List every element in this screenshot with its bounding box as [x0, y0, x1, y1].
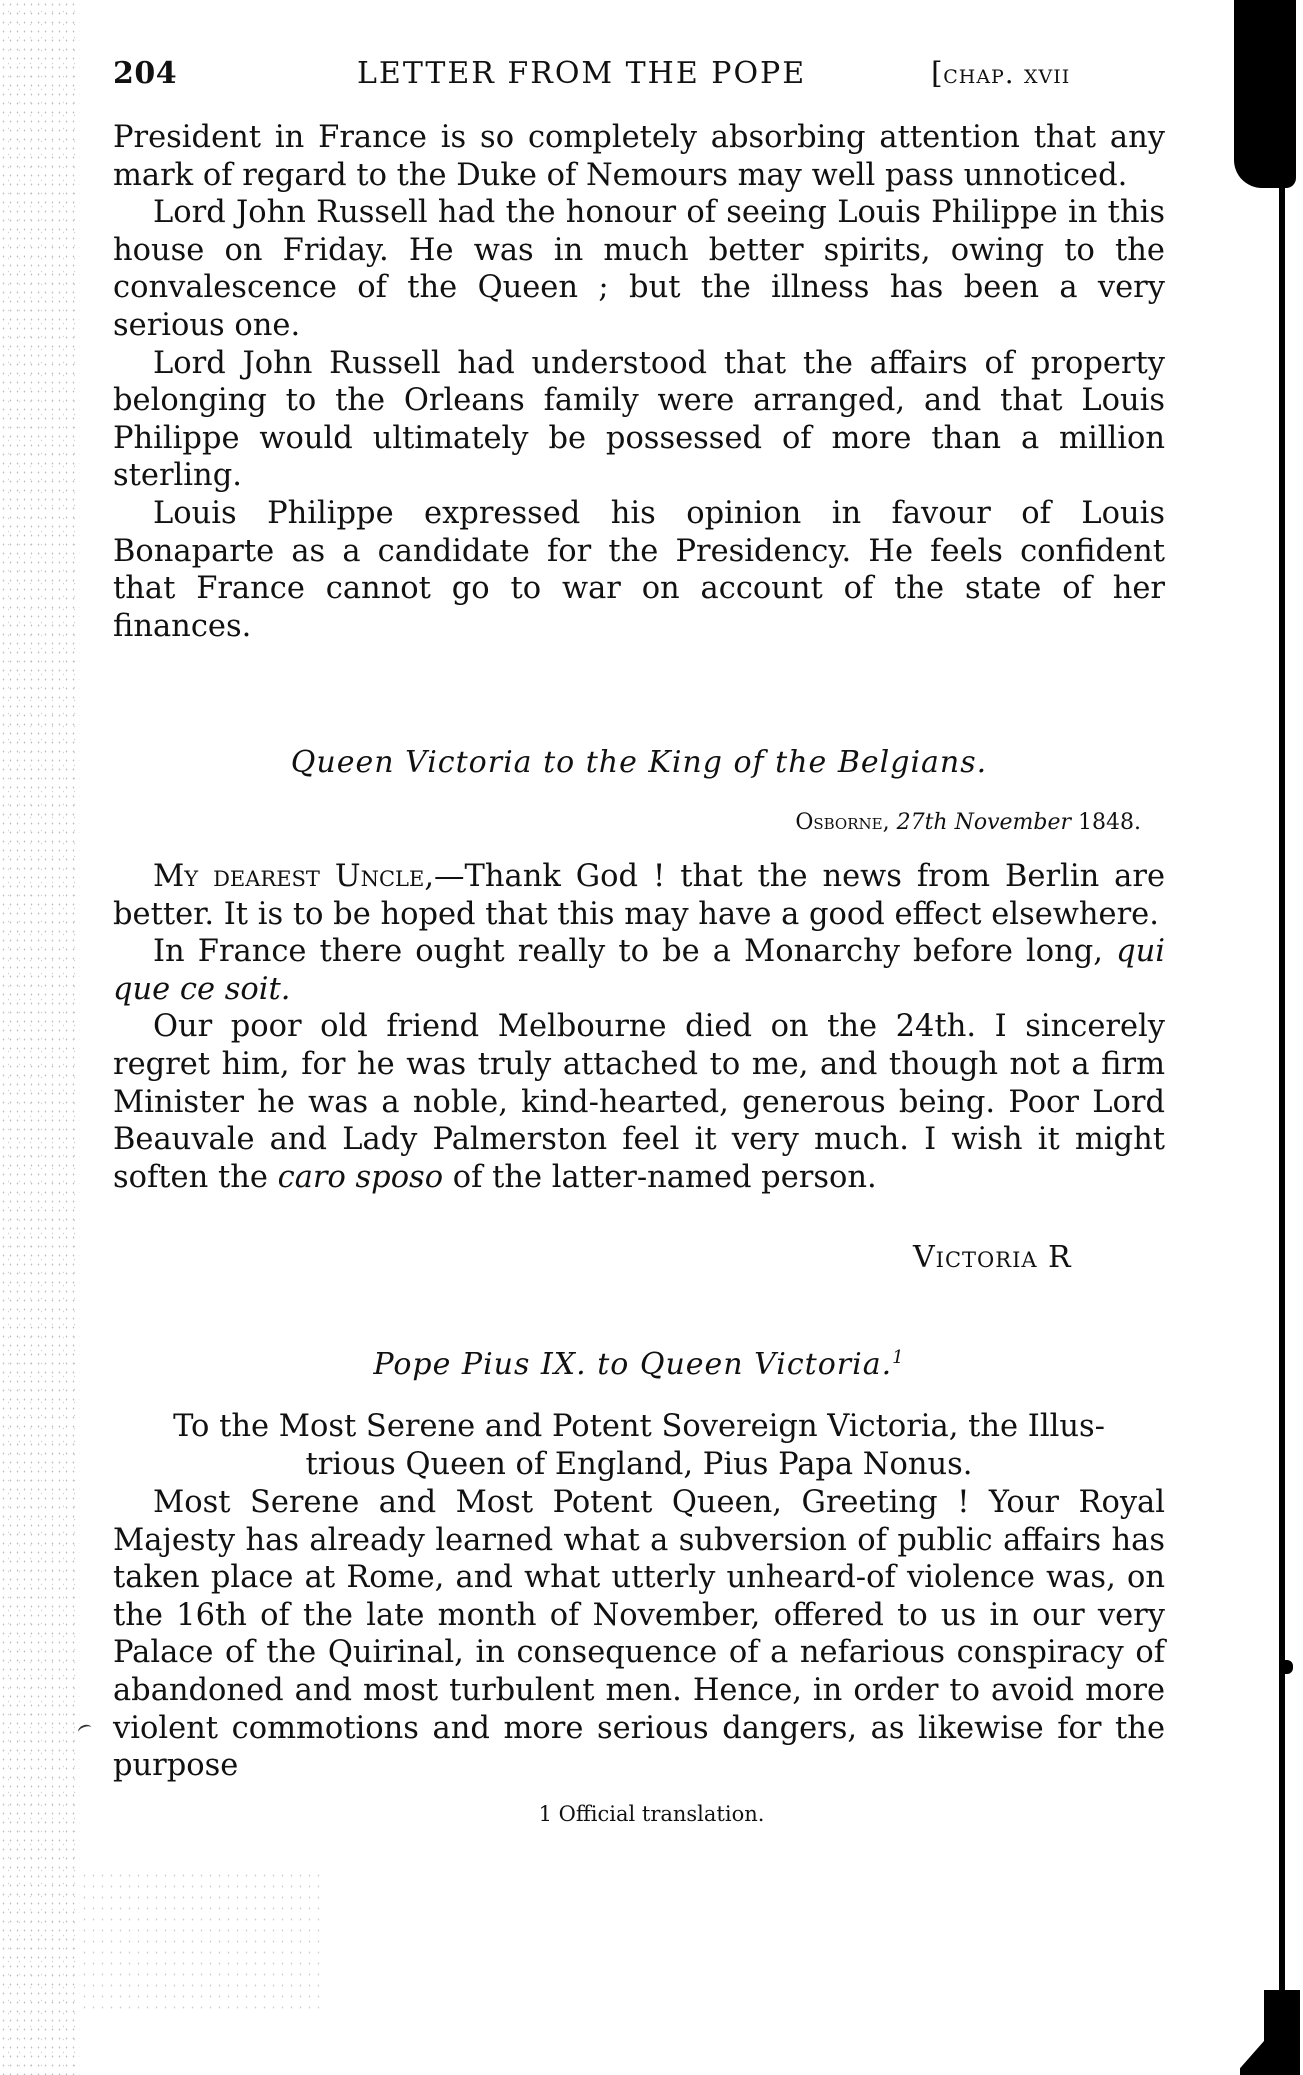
address-line: To the Most Serene and Potent Sovereign … — [113, 1408, 1165, 1446]
page-number: 204 — [113, 56, 177, 91]
heading-text: Pope Pius IX. to Queen Victoria. — [373, 1347, 892, 1382]
paragraph-salutation: My dearest Uncle,—Thank God ! that the n… — [113, 858, 1165, 933]
scan-binding-shadow-top — [1234, 0, 1296, 188]
paragraph: Our poor old friend Melbourne died on th… — [113, 1008, 1165, 1196]
scan-binding-shadow-bottom — [1240, 1990, 1300, 2075]
footnote-reference: 1 — [892, 1347, 904, 1368]
paragraph-text: In France there ought really to be a Mon… — [153, 934, 1103, 969]
letter-heading-pope-to-victoria: Pope Pius IX. to Queen Victoria.1 — [113, 1347, 1165, 1382]
opening-text: President in France is so completely abs… — [113, 119, 1165, 645]
paragraph: In France there ought really to be a Mon… — [113, 933, 1165, 1008]
paragraph: Louis Philippe expressed his opinion in … — [113, 495, 1165, 645]
address-line: trious Queen of England, Pius Papa Nonus… — [113, 1446, 1165, 1484]
letter2-address: To the Most Serene and Potent Sovereign … — [113, 1408, 1165, 1483]
dateline-year: 1848. — [1078, 810, 1141, 835]
scan-binding-edge-mark — [1285, 1660, 1293, 1674]
running-header: 204 LETTER FROM THE POPE [chap. xvii — [113, 56, 1168, 96]
footnote: 1 Official translation. — [0, 1802, 1303, 1826]
paragraph-text: of the latter-named person. — [453, 1160, 877, 1195]
paragraph: Lord John Russell had the honour of seei… — [113, 194, 1165, 344]
dateline-place: Osborne, — [795, 810, 889, 835]
running-title: LETTER FROM THE POPE — [357, 56, 806, 91]
letter2-body: Most Serene and Most Potent Queen, Greet… — [113, 1484, 1165, 1785]
scan-noise-left-margin — [0, 0, 80, 2075]
footnote-mark: 1 — [539, 1802, 552, 1826]
scan-binding-edge-line — [1279, 180, 1285, 2030]
paragraph-continued: President in France is so completely abs… — [113, 119, 1165, 194]
scan-noise-bottom — [80, 1870, 320, 2010]
italic-phrase: caro sposo — [278, 1160, 443, 1195]
dateline: Osborne, 27th November 1848. — [113, 810, 1141, 840]
signature: Victoria R — [913, 1240, 1072, 1275]
letter-heading-victoria-to-belgians: Queen Victoria to the King of the Belgia… — [113, 745, 1165, 780]
chapter-bracket: [ — [931, 56, 943, 91]
footnote-text: Official translation. — [559, 1802, 765, 1826]
chapter-label: chap. xvii — [943, 59, 1070, 90]
dateline-date: 27th November — [897, 810, 1071, 835]
paragraph: Lord John Russell had understood that th… — [113, 345, 1165, 495]
chapter-reference: [chap. xvii — [931, 56, 1070, 91]
letter1-body: My dearest Uncle,—Thank God ! that the n… — [113, 858, 1165, 1196]
salutation: My dearest Uncle, — [153, 859, 434, 894]
paragraph: Most Serene and Most Potent Queen, Greet… — [113, 1484, 1165, 1785]
